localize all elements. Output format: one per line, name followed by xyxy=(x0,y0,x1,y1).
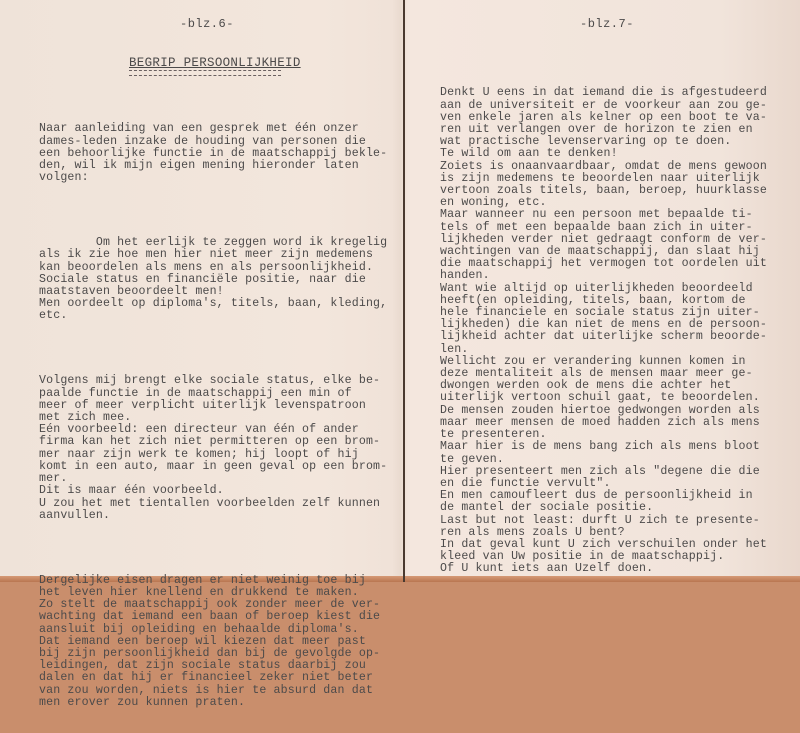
page-number: -blz.7- xyxy=(580,17,634,31)
left-page: -blz.6- BEGRIP PERSOONLIJKHEID Naar aanl… xyxy=(0,0,403,576)
page-number: -blz.6- xyxy=(180,17,234,31)
page-title: BEGRIP PERSOONLIJKHEID xyxy=(129,56,301,70)
paragraph: Denkt U eens in dat iemand die is afgest… xyxy=(440,87,767,575)
left-page-body: Naar aanleiding van een gesprek met één … xyxy=(39,99,387,582)
paragraph: Volgens mij brengt elke sociale status, … xyxy=(39,375,387,521)
paragraph: Om het eerlijk te zeggen word ik kregeli… xyxy=(39,237,387,322)
paragraph: Naar aanleiding van een gesprek met één … xyxy=(39,123,387,184)
right-page: -blz.7- Denkt U eens in dat iemand die i… xyxy=(405,0,800,576)
title-double-underline xyxy=(129,70,281,76)
right-page-body: Denkt U eens in dat iemand die is afgest… xyxy=(440,63,767,582)
paragraph: Dergelijke eisen dragen er niet weinig t… xyxy=(39,575,387,582)
